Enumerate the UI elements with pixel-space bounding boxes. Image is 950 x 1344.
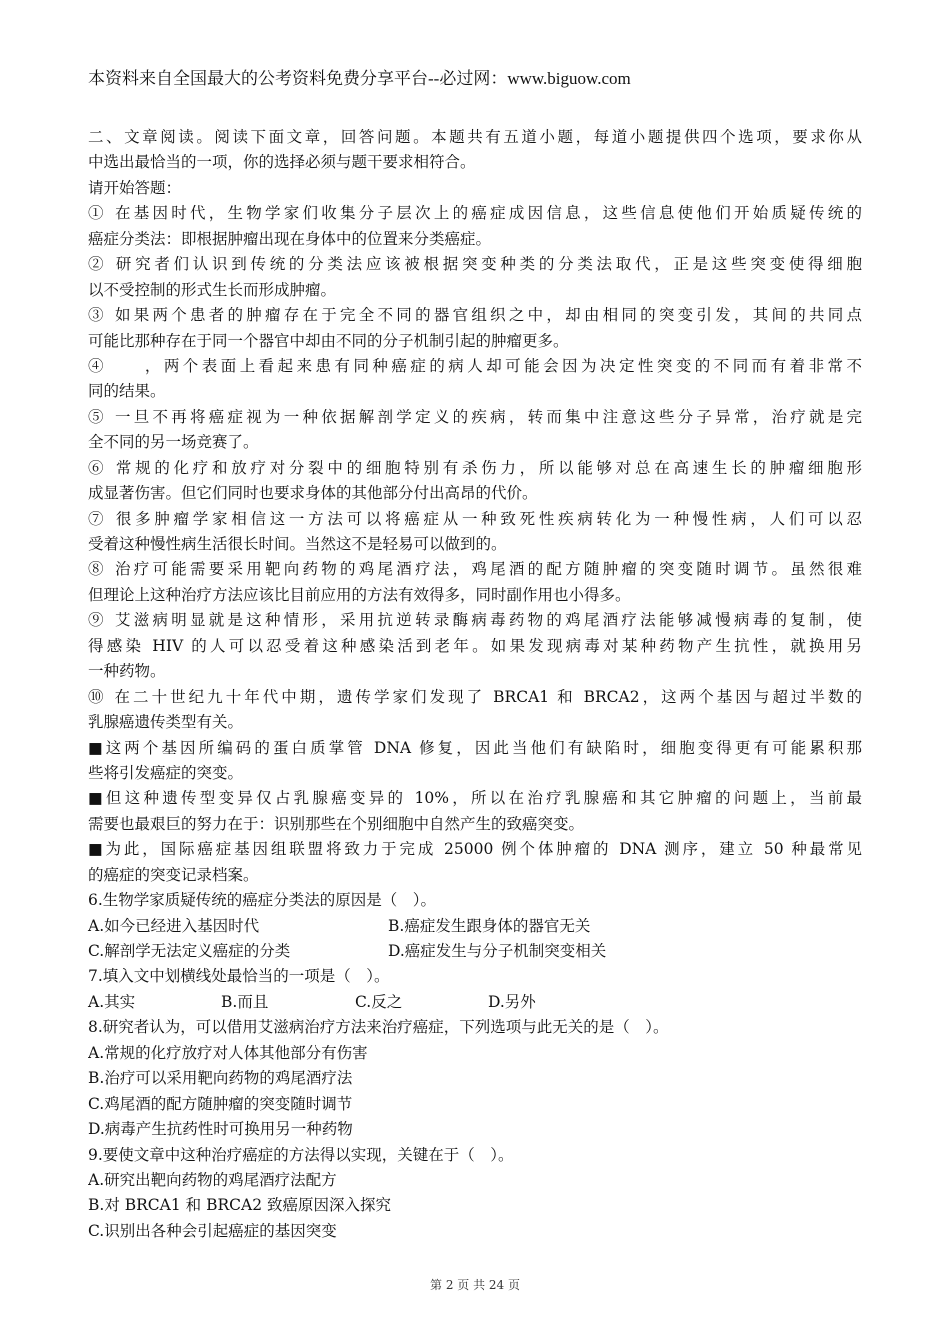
option-d: D.病毒产生抗药性时可换用另一种药物 [88, 1117, 862, 1142]
paragraph-line: ① 在基因时代，生物学家们收集分子层次上的癌症成因信息，这些信息使他们开始质疑传… [88, 201, 862, 226]
paragraph-10: ⑩ 在二十世纪九十年代中期，遗传学家们发现了 BRCA1 和 BRCA2，这两个… [88, 685, 862, 736]
question-stem: 8.研究者认为，可以借用艾滋病治疗方法来治疗癌症，下列选项与此无关的是（ ）。 [88, 1015, 862, 1040]
paragraph-line: 些将引发癌症的突变。 [88, 761, 862, 786]
paragraph-line: 乳腺癌遗传类型有关。 [88, 710, 862, 735]
paragraph-line: ⑧ 治疗可能需要采用靶向药物的鸡尾酒疗法，鸡尾酒的配方随肿瘤的突变随时调节。虽然… [88, 557, 862, 582]
article: ① 在基因时代，生物学家们收集分子层次上的癌症成因信息，这些信息使他们开始质疑传… [88, 201, 862, 888]
option-c: C.鸡尾酒的配方随肿瘤的突变随时调节 [88, 1092, 862, 1117]
paragraph-line: ⑦ 很多肿瘤学家相信这一方法可以将癌症从一种致死性疾病转化为一种慢性病，人们可以… [88, 507, 862, 532]
paragraph-4: ④ ，两个表面上看起来患有同种癌症的病人却可能会因为决定性突变的不同而有着非常不… [88, 354, 862, 405]
question-9: 9.要使文章中这种治疗癌症的方法得以实现，关键在于（ ）。 A.研究出靶向药物的… [88, 1143, 862, 1245]
paragraph-line: ■为此，国际癌症基因组联盟将致力于完成 25000 例个体肿瘤的 DNA 测序，… [88, 837, 862, 862]
question-6: 6.生物学家质疑传统的癌症分类法的原因是（ ）。 A.如今已经进入基因时代 B.… [88, 888, 862, 964]
paragraph-9: ⑨ 艾滋病明显就是这种情形，采用抗逆转录酶病毒药物的鸡尾酒疗法能够减慢病毒的复制… [88, 608, 862, 684]
paragraph-3: ③ 如果两个患者的肿瘤存在于完全不同的器官组织之中，却由相同的突变引发，其间的共… [88, 303, 862, 354]
option-d: D.癌症发生与分子机制突变相关 [388, 939, 606, 964]
paragraph-7: ⑦ 很多肿瘤学家相信这一方法可以将癌症从一种致死性疾病转化为一种慢性病，人们可以… [88, 507, 862, 558]
paragraph-line: ⑥ 常规的化疗和放疗对分裂中的细胞特别有杀伤力，所以能够对总在高速生长的肿瘤细胞… [88, 456, 862, 481]
bullet-paragraph-1: ■这两个基因所编码的蛋白质掌管 DNA 修复，因此当他们有缺陷时，细胞变得更有可… [88, 736, 862, 787]
paragraph-line: ⑩ 在二十世纪九十年代中期，遗传学家们发现了 BRCA1 和 BRCA2，这两个… [88, 685, 862, 710]
option-a: A.常规的化疗放疗对人体其他部分有伤害 [88, 1041, 862, 1066]
bullet-paragraph-3: ■为此，国际癌症基因组联盟将致力于完成 25000 例个体肿瘤的 DNA 测序，… [88, 837, 862, 888]
paragraph-8: ⑧ 治疗可能需要采用靶向药物的鸡尾酒疗法，鸡尾酒的配方随肿瘤的突变随时调节。虽然… [88, 557, 862, 608]
option-c: C.识别出各种会引起癌症的基因突变 [88, 1219, 862, 1244]
start-prompt: 请开始答题： [88, 176, 862, 201]
paragraph-line: 癌症分类法：即根据肿瘤出现在身体中的位置来分类癌症。 [88, 227, 862, 252]
paragraph-line: 需要也最艰巨的努力在于：识别那些在个别细胞中自然产生的致癌突变。 [88, 812, 862, 837]
question-7: 7.填入文中划横线处最恰当的一项是（ ）。 A.其实 B.而且 C.反之 D.另… [88, 964, 862, 1015]
paragraph-line: 可能比那种存在于同一个器官中却由不同的分子机制引起的肿瘤更多。 [88, 329, 862, 354]
paragraph-1: ① 在基因时代，生物学家们收集分子层次上的癌症成因信息，这些信息使他们开始质疑传… [88, 201, 862, 252]
question-stem: 9.要使文章中这种治疗癌症的方法得以实现，关键在于（ ）。 [88, 1143, 862, 1168]
paragraph-line: 全不同的另一场竞赛了。 [88, 430, 862, 455]
option-b: B.癌症发生跟身体的器官无关 [388, 914, 590, 939]
bullet-paragraph-2: ■但这种遗传型变异仅占乳腺癌变异的 10%，所以在治疗乳腺癌和其它肿瘤的问题上，… [88, 786, 862, 837]
option-b: B.治疗可以采用靶向药物的鸡尾酒疗法 [88, 1066, 862, 1091]
paragraph-line: ■但这种遗传型变异仅占乳腺癌变异的 10%，所以在治疗乳腺癌和其它肿瘤的问题上，… [88, 786, 862, 811]
paragraph-6: ⑥ 常规的化疗和放疗对分裂中的细胞特别有杀伤力，所以能够对总在高速生长的肿瘤细胞… [88, 456, 862, 507]
option-a: A.研究出靶向药物的鸡尾酒疗法配方 [88, 1168, 862, 1193]
instruction-line: 二、文章阅读。阅读下面文章，回答问题。本题共有五道小题，每道小题提供四个选项，要… [88, 125, 862, 150]
paragraph-line: 受着这种慢性病生活很长时间。当然这不是轻易可以做到的。 [88, 532, 862, 557]
option-c: C.解剖学无法定义癌症的分类 [88, 939, 388, 964]
question-stem: 7.填入文中划横线处最恰当的一项是（ ）。 [88, 964, 862, 989]
paragraph-line: 得感染 HIV 的人可以忍受着这种感染活到老年。如果发现病毒对某种药物产生抗性，… [88, 634, 862, 659]
paragraph-5: ⑤ 一旦不再将癌症视为一种依据解剖学定义的疾病，转而集中注意这些分子异常，治疗就… [88, 405, 862, 456]
option-b: B.对 BRCA1 和 BRCA2 致癌原因深入探究 [88, 1193, 862, 1218]
option-b: B.而且 [221, 990, 355, 1015]
paragraph-line: ② 研究者们认识到传统的分类法应该被根据突变种类的分类法取代，正是这些突变使得细… [88, 252, 862, 277]
paragraph-line: 以不受控制的形式生长而形成肿瘤。 [88, 278, 862, 303]
option-d: D.另外 [488, 990, 536, 1015]
instruction-line: 中选出最恰当的一项，你的选择必须与题干要求相符合。 [88, 150, 862, 175]
paragraph-line: ③ 如果两个患者的肿瘤存在于完全不同的器官组织之中，却由相同的突变引发，其间的共… [88, 303, 862, 328]
paragraph-line: 成显著伤害。但它们同时也要求身体的其他部分付出高昂的代价。 [88, 481, 862, 506]
options-row: A.其实 B.而且 C.反之 D.另外 [88, 990, 862, 1015]
section-instructions: 二、文章阅读。阅读下面文章，回答问题。本题共有五道小题，每道小题提供四个选项，要… [88, 125, 862, 201]
paragraph-line: ⑤ 一旦不再将癌症视为一种依据解剖学定义的疾病，转而集中注意这些分子异常，治疗就… [88, 405, 862, 430]
option-c: C.反之 [355, 990, 488, 1015]
paragraph-2: ② 研究者们认识到传统的分类法应该被根据突变种类的分类法取代，正是这些突变使得细… [88, 252, 862, 303]
paragraph-line: ■这两个基因所编码的蛋白质掌管 DNA 修复，因此当他们有缺陷时，细胞变得更有可… [88, 736, 862, 761]
options-row: C.解剖学无法定义癌症的分类 D.癌症发生与分子机制突变相关 [88, 939, 862, 964]
paragraph-line: 但理论上这种治疗方法应该比目前应用的方法有效得多，同时副作用也小得多。 [88, 583, 862, 608]
paragraph-line-with-blank: ④ ，两个表面上看起来患有同种癌症的病人却可能会因为决定性突变的不同而有着非常不 [88, 354, 862, 379]
document-body: 二、文章阅读。阅读下面文章，回答问题。本题共有五道小题，每道小题提供四个选项，要… [88, 125, 862, 1244]
question-8: 8.研究者认为，可以借用艾滋病治疗方法来治疗癌症，下列选项与此无关的是（ ）。 … [88, 1015, 862, 1142]
options-row: A.如今已经进入基因时代 B.癌症发生跟身体的器官无关 [88, 914, 862, 939]
option-a: A.其实 [88, 990, 221, 1015]
option-a: A.如今已经进入基因时代 [88, 914, 388, 939]
source-header: 本资料来自全国最大的公考资料免费分享平台--必过网：www.biguow.com [88, 66, 631, 92]
page-number: 第 2 页 共 24 页 [0, 1276, 950, 1293]
question-stem: 6.生物学家质疑传统的癌症分类法的原因是（ ）。 [88, 888, 862, 913]
document-page: 本资料来自全国最大的公考资料免费分享平台--必过网：www.biguow.com… [0, 0, 950, 1344]
paragraph-line: 一种药物。 [88, 659, 862, 684]
paragraph-line: ⑨ 艾滋病明显就是这种情形，采用抗逆转录酶病毒药物的鸡尾酒疗法能够减慢病毒的复制… [88, 608, 862, 633]
paragraph-line: 的癌症的突变记录档案。 [88, 863, 862, 888]
paragraph-line: 同的结果。 [88, 379, 862, 404]
